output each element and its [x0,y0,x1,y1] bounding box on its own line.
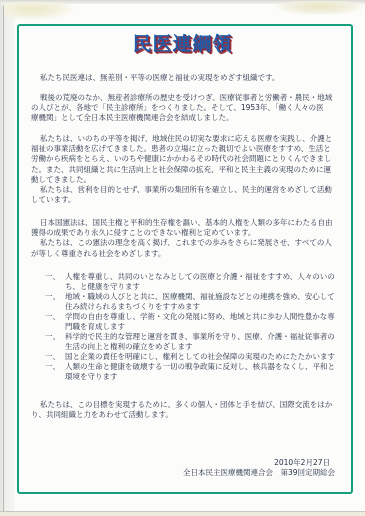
principle-marker: 一、 [45,272,60,282]
principle-marker: 一、 [45,362,60,372]
text-line: 戦後の荒廃のなか、無産者診療所の歴史を受けつぎ、医療従事者と労働者・農民・地域 [31,93,336,103]
scan-smudge-top-left [4,2,74,20]
organization-signature: 全日本民主医療機関連合会 第39回定期総会 [183,468,335,478]
adoption-date: 2010年2月27日 [274,458,330,468]
activities-paragraph: 私たちは、いのちの平等を掲げ、地域住民の切実な要求に応える医療を実践し、介護と … [31,134,336,205]
principle-item: 一、 科学的で民主的な管理と運営を貫き、事業所を守り、医療、介護・福祉従事者の … [45,332,335,352]
text-line: 地域・職域の人びとと共に、医療機関、福祉施設などとの連携を強め、安心して [65,292,335,302]
principle-item: 一、 国と企業の責任を明確にし、権利としての社会保障の実現のためにたたかいます [45,352,335,362]
text-line: 門職を育成します [65,322,335,332]
text-line: 療機関」として全日本民主医療機関連合会を結成しました。 [31,113,336,123]
text-line: 私たちは、いのちの平等を掲げ、地域住民の切実な要求に応える医療を実践し、介護と [31,134,336,144]
principle-marker: 一、 [45,352,60,362]
text-line: の人びとが、各地で「民主診療所」をつくりました。そして、1953年、「働く人々の… [31,103,336,113]
text-line: 人権を尊重し、共同のいとなみとしての医療と介護・福祉をすすめ、人々のいの [65,272,335,282]
principle-item: 一、 人類の生命と健康を破壊する一切の戦争政策に反対し、核兵器をなくし、平和と … [45,362,335,382]
text-line: 学問の自由を尊重し、学術・文化の発展に努め、地域と共に歩む人間性豊かな専 [65,312,335,322]
constitution-paragraph: 日本国憲法は、国民主権と平和的生存権を謳い、基本的人権を人類の多年にわたる自由 … [31,218,336,259]
text-line: 動してきました。 [31,175,336,185]
history-paragraph: 戦後の荒廃のなか、無産者診療所の歴史を受けつぎ、医療従事者と労働者・農民・地域 … [31,93,336,123]
text-line: 私たちは、この憲法の理念を高く掲げ、これまでの歩みをさらに発展させ、すべての人 [31,238,336,248]
text-line: ち、と健康を守ります [65,282,335,292]
text-line: 人類の生命と健康を破壊する一切の戦争政策に反対し、核兵器をなくし、平和と [65,362,335,372]
text-line: 日本国憲法は、国民主権と平和的生存権を謳い、基本的人権を人類の多年にわたる自由 [31,218,336,228]
scan-smudge-top-right [275,1,365,15]
principle-item: 一、 人権を尊重し、共同のいとなみとしての医療と介護・福祉をすすめ、人々のいの … [45,272,335,292]
text-line: 私たち民医連は、無差別・平等の医療と福祉の実現をめざす組織です。 [31,73,336,83]
text-line: が等しく尊重される社会をめざします。 [31,249,336,259]
text-line: た。また、共同組織と共に生活向上と社会保障の拡充、平和と民主主義の実現のために運 [31,165,336,175]
text-line: しています。 [31,195,336,205]
document-title: 民医連綱領 [0,33,365,55]
text-line: り、共同組織と力をあわせて活動します。 [31,410,336,420]
paper-edge-bottom [0,511,365,516]
text-line: 環境を守ります [65,372,335,382]
text-line: 獲得の成果であり永久に侵すことのできない権利と定めています。 [31,228,336,238]
principle-marker: 一、 [45,292,60,302]
text-line: 住み続けられるまちづくりをすすめます [65,302,335,312]
principle-item: 一、 学問の自由を尊重し、学術・文化の発展に努め、地域と共に歩む人間性豊かな専 … [45,312,335,332]
text-line: 福祉の事業活動を広げてきました。患者の立場に立った親切でよい医療をすすめ、生活と [31,144,336,154]
text-line: 私たちは、営利を目的とせず、事業所の集団所有を確立し、民主的運営をめざして活動 [31,185,336,195]
text-line: 私たちは、この目標を実現するために、多くの個人・団体と手を結び、国際交流をはか [31,400,336,410]
paper-edge-left [3,6,4,511]
principle-marker: 一、 [45,332,60,342]
principle-item: 一、 地域・職域の人びとと共に、医療機関、福祉施設などとの連携を強め、安心して … [45,292,335,312]
text-line: 労働から疾病をとらえ、いのちや健康にかかわるその時代の社会問題にとりくんできまし [31,154,336,164]
closing-paragraph: 私たちは、この目標を実現するために、多くの個人・団体と手を結び、国際交流をはか … [31,400,336,420]
intro-paragraph: 私たち民医連は、無差別・平等の医療と福祉の実現をめざす組織です。 [31,73,336,83]
text-line: 国と企業の責任を明確にし、権利としての社会保障の実現のためにたたかいます [65,352,335,362]
principle-marker: 一、 [45,312,60,322]
principles-list: 一、 人権を尊重し、共同のいとなみとしての医療と介護・福祉をすすめ、人々のいの … [45,272,335,382]
text-line: 科学的で民主的な管理と運営を貫き、事業所を守り、医療、介護・福祉従事者の [65,332,335,342]
text-line: 生活の向上と権利の確立をめざします [65,342,335,352]
